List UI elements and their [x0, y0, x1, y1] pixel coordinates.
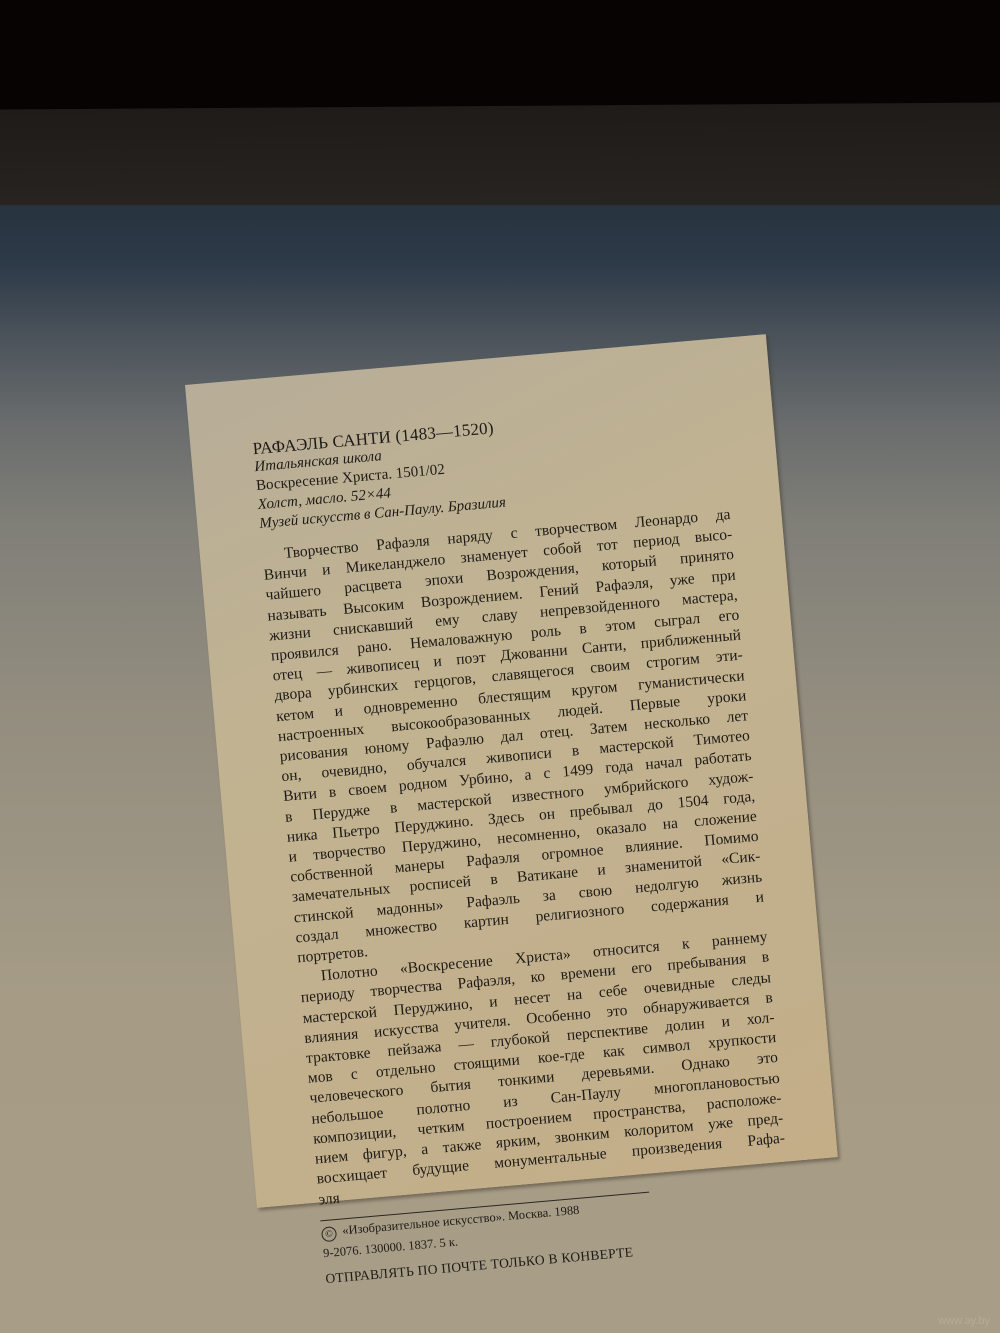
postcard-back: РАФАЭЛЬ САНТИ (1483—1520) Итальянская шк…	[185, 334, 838, 1208]
dark-background-band	[0, 0, 1000, 112]
site-watermark: www.ay.by	[938, 1315, 990, 1327]
postcard-text-block: РАФАЭЛЬ САНТИ (1483—1520) Итальянская шк…	[252, 398, 794, 1286]
shelf-ledge	[0, 103, 1000, 214]
description-text: Творчество Рафаэля наряду с творчеством …	[261, 505, 787, 1210]
copyright-icon: ©	[321, 1226, 337, 1242]
